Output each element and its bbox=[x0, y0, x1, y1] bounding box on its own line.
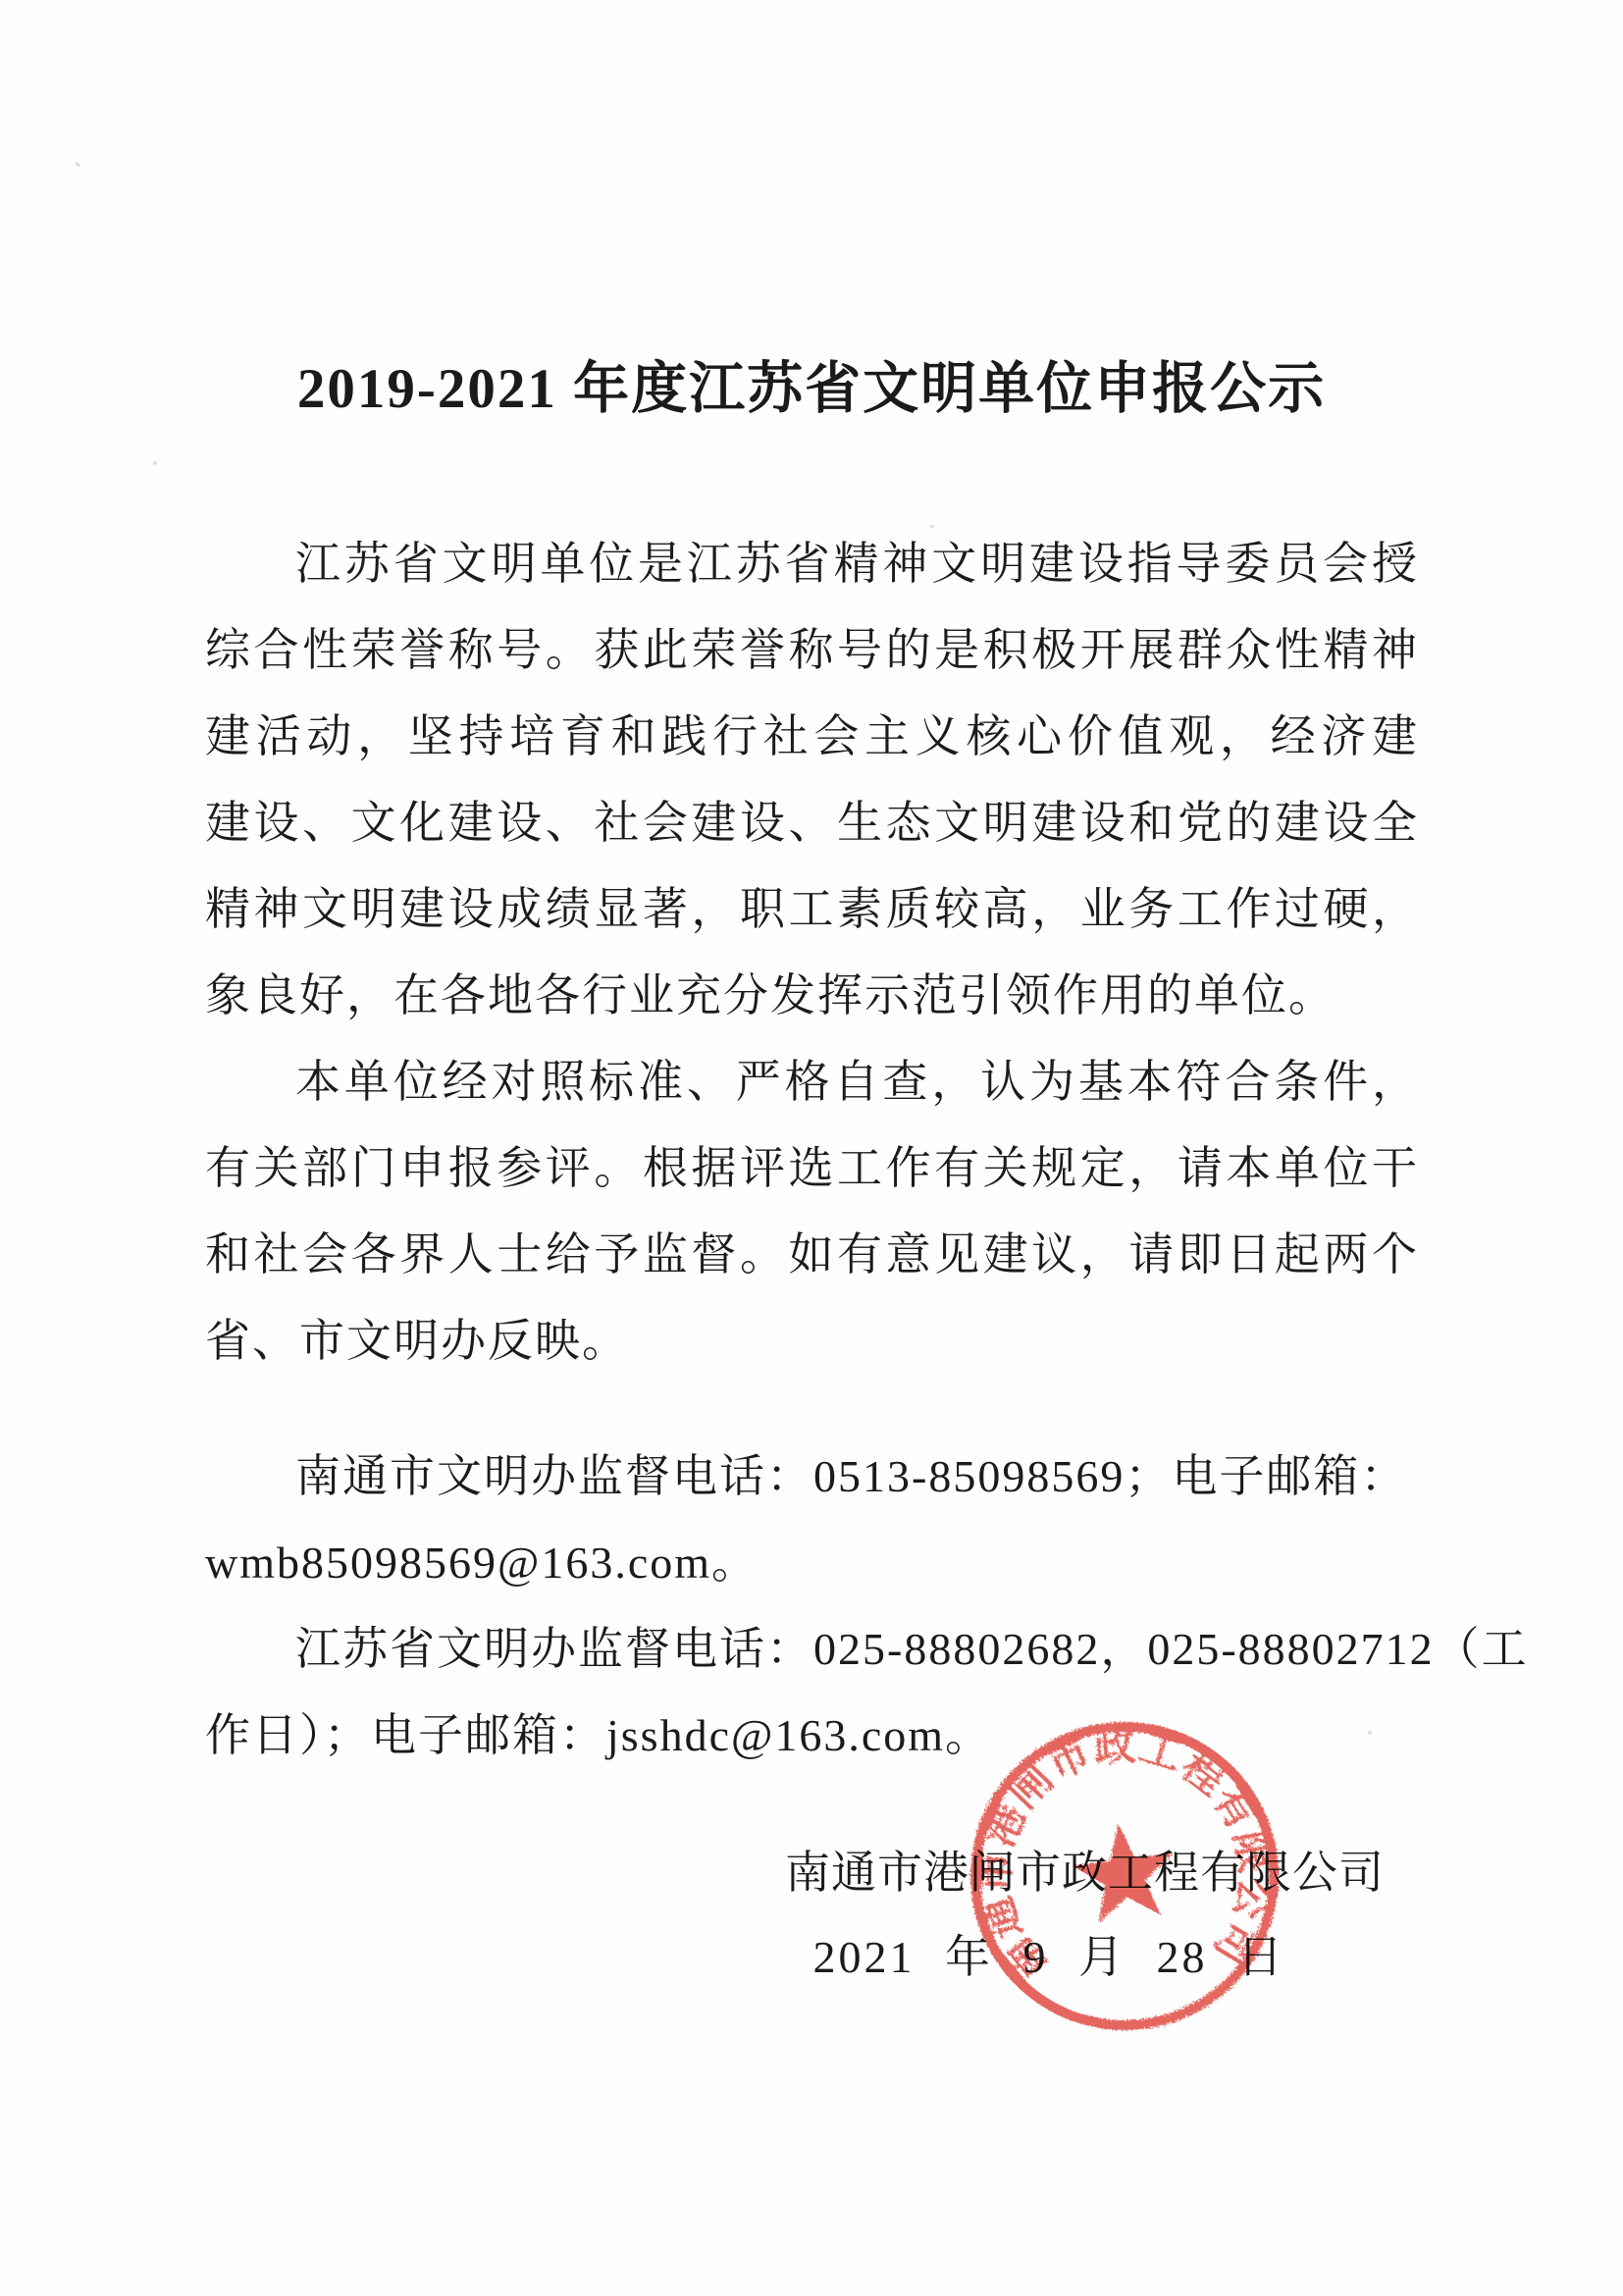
body-line: 建设、文化建设、社会建设、生态文明建设和党的建设全面发展， bbox=[205, 780, 1419, 866]
body-line: 建活动，坚持培育和践行社会主义核心价值观，经济建设、政治 bbox=[205, 694, 1419, 780]
page-title: 2019-2021 年度江苏省文明单位申报公示 bbox=[0, 359, 1623, 421]
body-paragraphs: 江苏省文明单位是江苏省精神文明建设指导委员会授予的 综合性荣誉称号。获此荣誉称号… bbox=[205, 521, 1419, 1384]
body-line: 省、市文明办反映。 bbox=[205, 1298, 1419, 1384]
body-line: 象良好，在各地各行业充分发挥示范引领作用的单位。 bbox=[205, 953, 1419, 1039]
scan-speck bbox=[1368, 1731, 1372, 1735]
body-line: 精神文明建设成绩显著，职工素质较高，业务工作过硬，社会形 bbox=[205, 866, 1419, 953]
scan-speck bbox=[75, 161, 81, 167]
body-line: 有关部门申报参评。根据评选工作有关规定，请本单位干部员工 bbox=[205, 1125, 1419, 1212]
scan-speck bbox=[153, 461, 157, 465]
body-line: 综合性荣誉称号。获此荣誉称号的是积极开展群众性精神文明创 bbox=[205, 607, 1419, 694]
body-line: 江苏省文明单位是江苏省精神文明建设指导委员会授予的 bbox=[205, 521, 1419, 607]
contact-line: wmb85098569@163.com。 bbox=[205, 1520, 1419, 1606]
body-line: 本单位经对照标准、严格自查，认为基本符合条件，并已向 bbox=[205, 1039, 1419, 1125]
scanned-document-page: 2019-2021 年度江苏省文明单位申报公示 江苏省文明单位是江苏省精神文明建… bbox=[0, 0, 1623, 2296]
body-line: 和社会各界人士给予监督。如有意见建议，请即日起两个月内向 bbox=[205, 1212, 1419, 1298]
star-icon bbox=[1068, 1817, 1179, 1924]
scan-speck bbox=[930, 525, 934, 528]
company-seal-stamp: 南通市港闸市政工程有限公司 bbox=[958, 1709, 1291, 2043]
contact-line: 南通市文明办监督电话：0513-85098569；电子邮箱： bbox=[205, 1434, 1419, 1520]
contact-line: 江苏省文明办监督电话：025-88802682，025-88802712（工 bbox=[205, 1606, 1419, 1693]
